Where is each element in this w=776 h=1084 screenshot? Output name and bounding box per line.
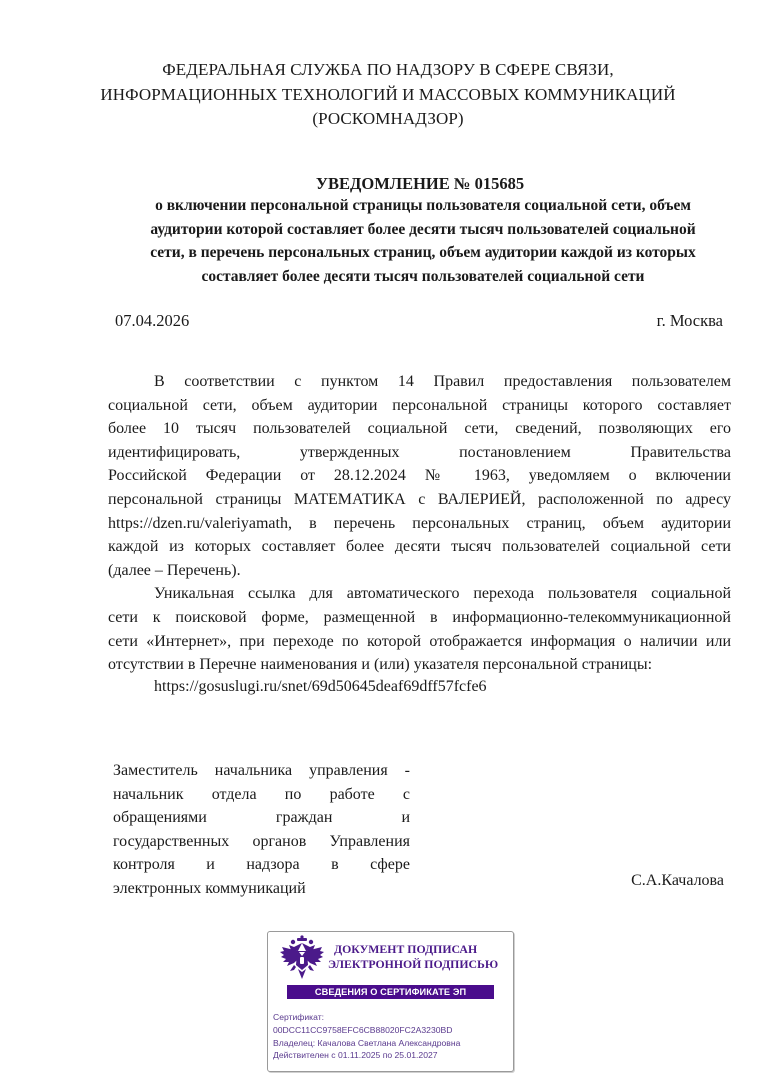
- certificate-id: 00DCC11CC9758EFC6CB88020FC2A3230BD: [273, 1024, 460, 1037]
- body-line: (далее – Перечень).: [108, 559, 731, 583]
- agency-line: ФЕДЕРАЛЬНАЯ СЛУЖБА ПО НАДЗОРУ В СФЕРЕ СВ…: [0, 58, 776, 83]
- agency-header: ФЕДЕРАЛЬНАЯ СЛУЖБА ПО НАДЗОРУ В СФЕРЕ СВ…: [0, 58, 776, 132]
- signer-name: С.А.Качалова: [631, 872, 724, 890]
- notice-body: В соответствии с пунктом 14 Правил предо…: [108, 370, 731, 677]
- certificate-owner: Владелец: Качалова Светлана Александровн…: [273, 1037, 460, 1050]
- notice-date: 07.04.2026: [115, 311, 189, 331]
- certificate-label: Сертификат:: [273, 1011, 460, 1024]
- body-line: каждой из которых составляет более десят…: [108, 535, 731, 559]
- double-headed-eagle-icon: [278, 935, 326, 983]
- body-line: идентифицировать, утвержденных постановл…: [108, 441, 731, 465]
- certificate-info-band: СВЕДЕНИЯ О СЕРТИФИКАТЕ ЭП: [287, 985, 494, 999]
- unique-link[interactable]: https://gosuslugi.ru/snet/69d50645deaf69…: [154, 675, 487, 699]
- body-line: сети к поисковой форме, размещенной в ин…: [108, 606, 731, 630]
- notice-subtitle-line: аудитории которой составляет более десят…: [108, 218, 738, 242]
- body-line-with-page-url: https://dzen.ru/valeriyamath, в перечень…: [108, 512, 731, 536]
- body-line: Российской Федерации от 28.12.2024 № 196…: [108, 464, 731, 488]
- position-line: контроля и надзора в сфере: [113, 854, 410, 878]
- agency-line: ИНФОРМАЦИОННЫХ ТЕХНОЛОГИЙ И МАССОВЫХ КОМ…: [0, 83, 776, 108]
- position-line: начальник отдела по работе с: [113, 784, 410, 808]
- body-line: отсутствии в Перечне наименования и (или…: [108, 653, 731, 677]
- position-line: обращениями граждан и: [113, 807, 410, 831]
- body-line: социальной сети, объем аудитории персона…: [108, 394, 731, 418]
- body-line: В соответствии с пунктом 14 Правил предо…: [108, 370, 731, 394]
- certificate-details: Сертификат: 00DCC11CC9758EFC6CB88020FC2A…: [273, 1011, 460, 1062]
- position-line: Заместитель начальника управления -: [113, 760, 410, 784]
- notice-city: г. Москва: [657, 311, 723, 331]
- notice-title: УВЕДОМЛЕНИЕ № 015685: [0, 172, 776, 195]
- body-line: сети «Интернет», при переходе по которой…: [108, 630, 731, 654]
- notice-subtitle-line: составляет более десяти тысяч пользовате…: [108, 265, 738, 289]
- electronic-signature-stamp: ДОКУМЕНТ ПОДПИСАН ЭЛЕКТРОННОЙ ПОДПИСЬЮ С…: [267, 931, 514, 1072]
- body-line: персональной страницы МАТЕМАТИКА с ВАЛЕР…: [108, 488, 731, 512]
- notice-subtitle-line: сети, в перечень персональных страниц, о…: [108, 241, 738, 265]
- position-line: государственных органов Управления: [113, 831, 410, 855]
- signer-position: Заместитель начальника управления - нача…: [113, 760, 410, 902]
- stamp-title-line2: ЭЛЕКТРОННОЙ ПОДПИСЬЮ: [328, 957, 498, 972]
- body-line: Уникальная ссылка для автоматического пе…: [108, 582, 731, 606]
- stamp-title-line1: ДОКУМЕНТ ПОДПИСАН: [334, 942, 498, 957]
- stamp-title: ДОКУМЕНТ ПОДПИСАН ЭЛЕКТРОННОЙ ПОДПИСЬЮ: [334, 942, 498, 971]
- agency-line: (РОСКОМНАДЗОР): [0, 107, 776, 132]
- notice-subtitle: о включении персональной страницы пользо…: [108, 194, 738, 288]
- body-line: более 10 тысяч пользователей социальной …: [108, 417, 731, 441]
- certificate-validity: Действителен с 01.11.2025 по 25.01.2027: [273, 1049, 460, 1062]
- position-line: электронных коммуникаций: [113, 878, 410, 902]
- notice-subtitle-line: о включении персональной страницы пользо…: [108, 194, 738, 218]
